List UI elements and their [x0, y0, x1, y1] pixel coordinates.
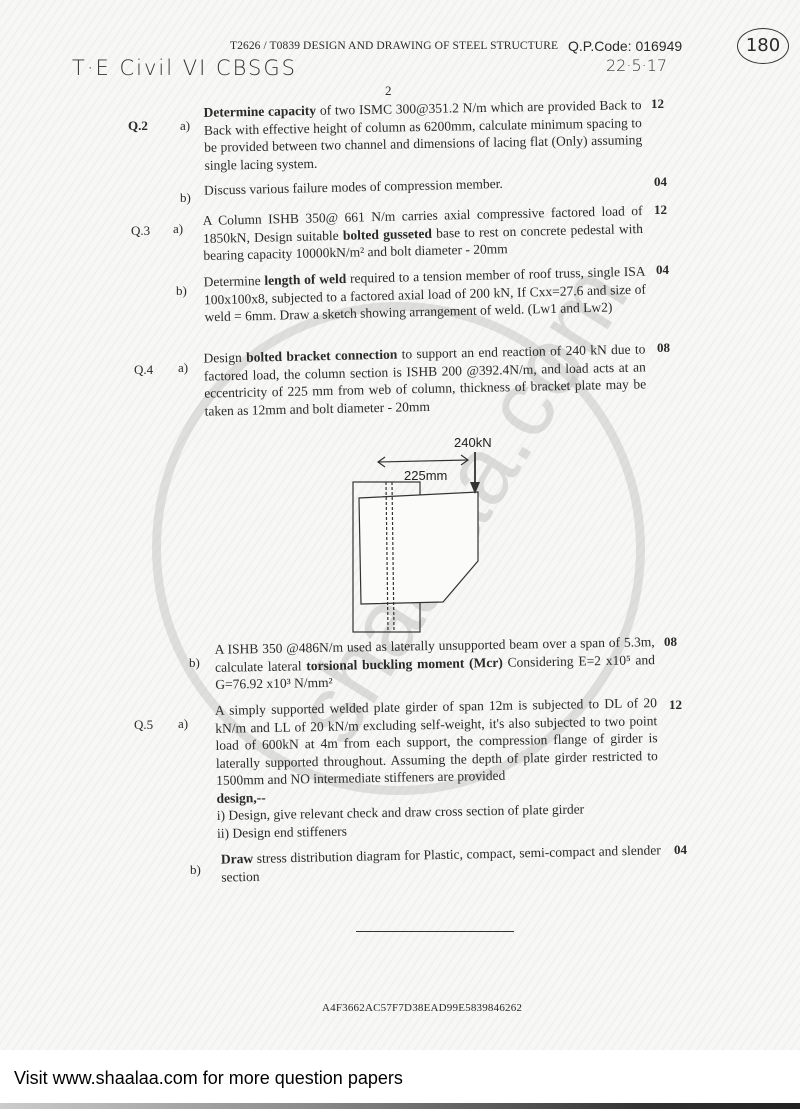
question-body: Design [203, 350, 246, 366]
question-emphasis: bolted bracket connection [246, 347, 397, 365]
marks: 04 [654, 174, 667, 190]
hash-code: A4F3662AC57F7D38EAD99E5839846262 [322, 1002, 522, 1014]
marks: 12 [669, 697, 682, 713]
question-body: Determine [203, 273, 264, 289]
marks: 04 [674, 842, 687, 858]
footer-link[interactable]: Visit www.shaalaa.com for more question … [14, 1068, 403, 1089]
eccentricity-label: 225mm [404, 468, 447, 483]
question-text: A simply supported welded plate girder o… [215, 694, 659, 842]
bottom-edge [0, 1103, 800, 1109]
eccentricity-dimension [378, 460, 468, 462]
course-title: T2626 / T0839 DESIGN AND DRAWING OF STEE… [230, 40, 558, 52]
marks: 12 [654, 202, 667, 218]
question-text: A Column ISHB 350@ 661 N/m carries axial… [202, 202, 643, 264]
qp-code: Q.P.Code: 016949 [568, 38, 682, 54]
marks: 12 [651, 96, 664, 112]
marks: 08 [664, 634, 677, 650]
marks: 04 [656, 262, 669, 278]
question-emphasis: Determine capacity [203, 103, 316, 120]
question-part-label: a) [180, 118, 190, 134]
bracket-plate [359, 492, 478, 604]
question-part-label: b) [180, 190, 191, 206]
question-number: Q.4 [134, 362, 153, 378]
page-number: 2 [385, 83, 392, 99]
question-emphasis: Draw [221, 851, 254, 867]
question-emphasis: design,-- [216, 789, 265, 805]
question-part-label: a) [173, 221, 183, 237]
question-part-label: b) [176, 283, 187, 299]
question-number: Q.5 [134, 717, 153, 733]
question-part-label: b) [189, 655, 200, 671]
question-part-label: b) [190, 862, 201, 878]
question-part-label: a) [178, 716, 188, 732]
handwritten-note: T·E Civil VI CBSGS [72, 56, 297, 80]
question-number: Q.2 [128, 118, 148, 134]
load-label: 240kN [454, 435, 492, 450]
question-text: Determine capacity of two ISMC 300@351.2… [203, 96, 642, 174]
question-emphasis: bolted gusseted [343, 225, 432, 242]
question-text: Draw stress distribution diagram for Pla… [221, 841, 662, 885]
question-body: A simply supported welded plate girder o… [215, 695, 658, 788]
end-of-paper-line [356, 931, 514, 932]
question-emphasis: length of weld [264, 271, 346, 288]
scanned-page: shaalaa.com T2626 / T0839 DESIGN AND DRA… [0, 0, 800, 1050]
question-emphasis: torsional buckling moment (Mcr) [306, 654, 503, 672]
question-text: Discuss various failure modes of compres… [204, 174, 534, 199]
question-text: A ISHB 350 @486N/m used as laterally uns… [215, 633, 656, 693]
question-body: stress distribution diagram for Plastic,… [221, 842, 661, 884]
bracket-connection-diagram: 240kN 225mm [340, 430, 500, 640]
marks: 08 [657, 340, 670, 356]
handwritten-date: 22·5·17 [606, 56, 667, 75]
question-number: Q.3 [131, 223, 150, 239]
question-text: Design bolted bracket connection to supp… [203, 340, 646, 419]
question-text: Determine length of weld required to a t… [203, 263, 646, 326]
question-part-label: a) [178, 360, 188, 376]
circled-number: 180 [737, 28, 789, 64]
